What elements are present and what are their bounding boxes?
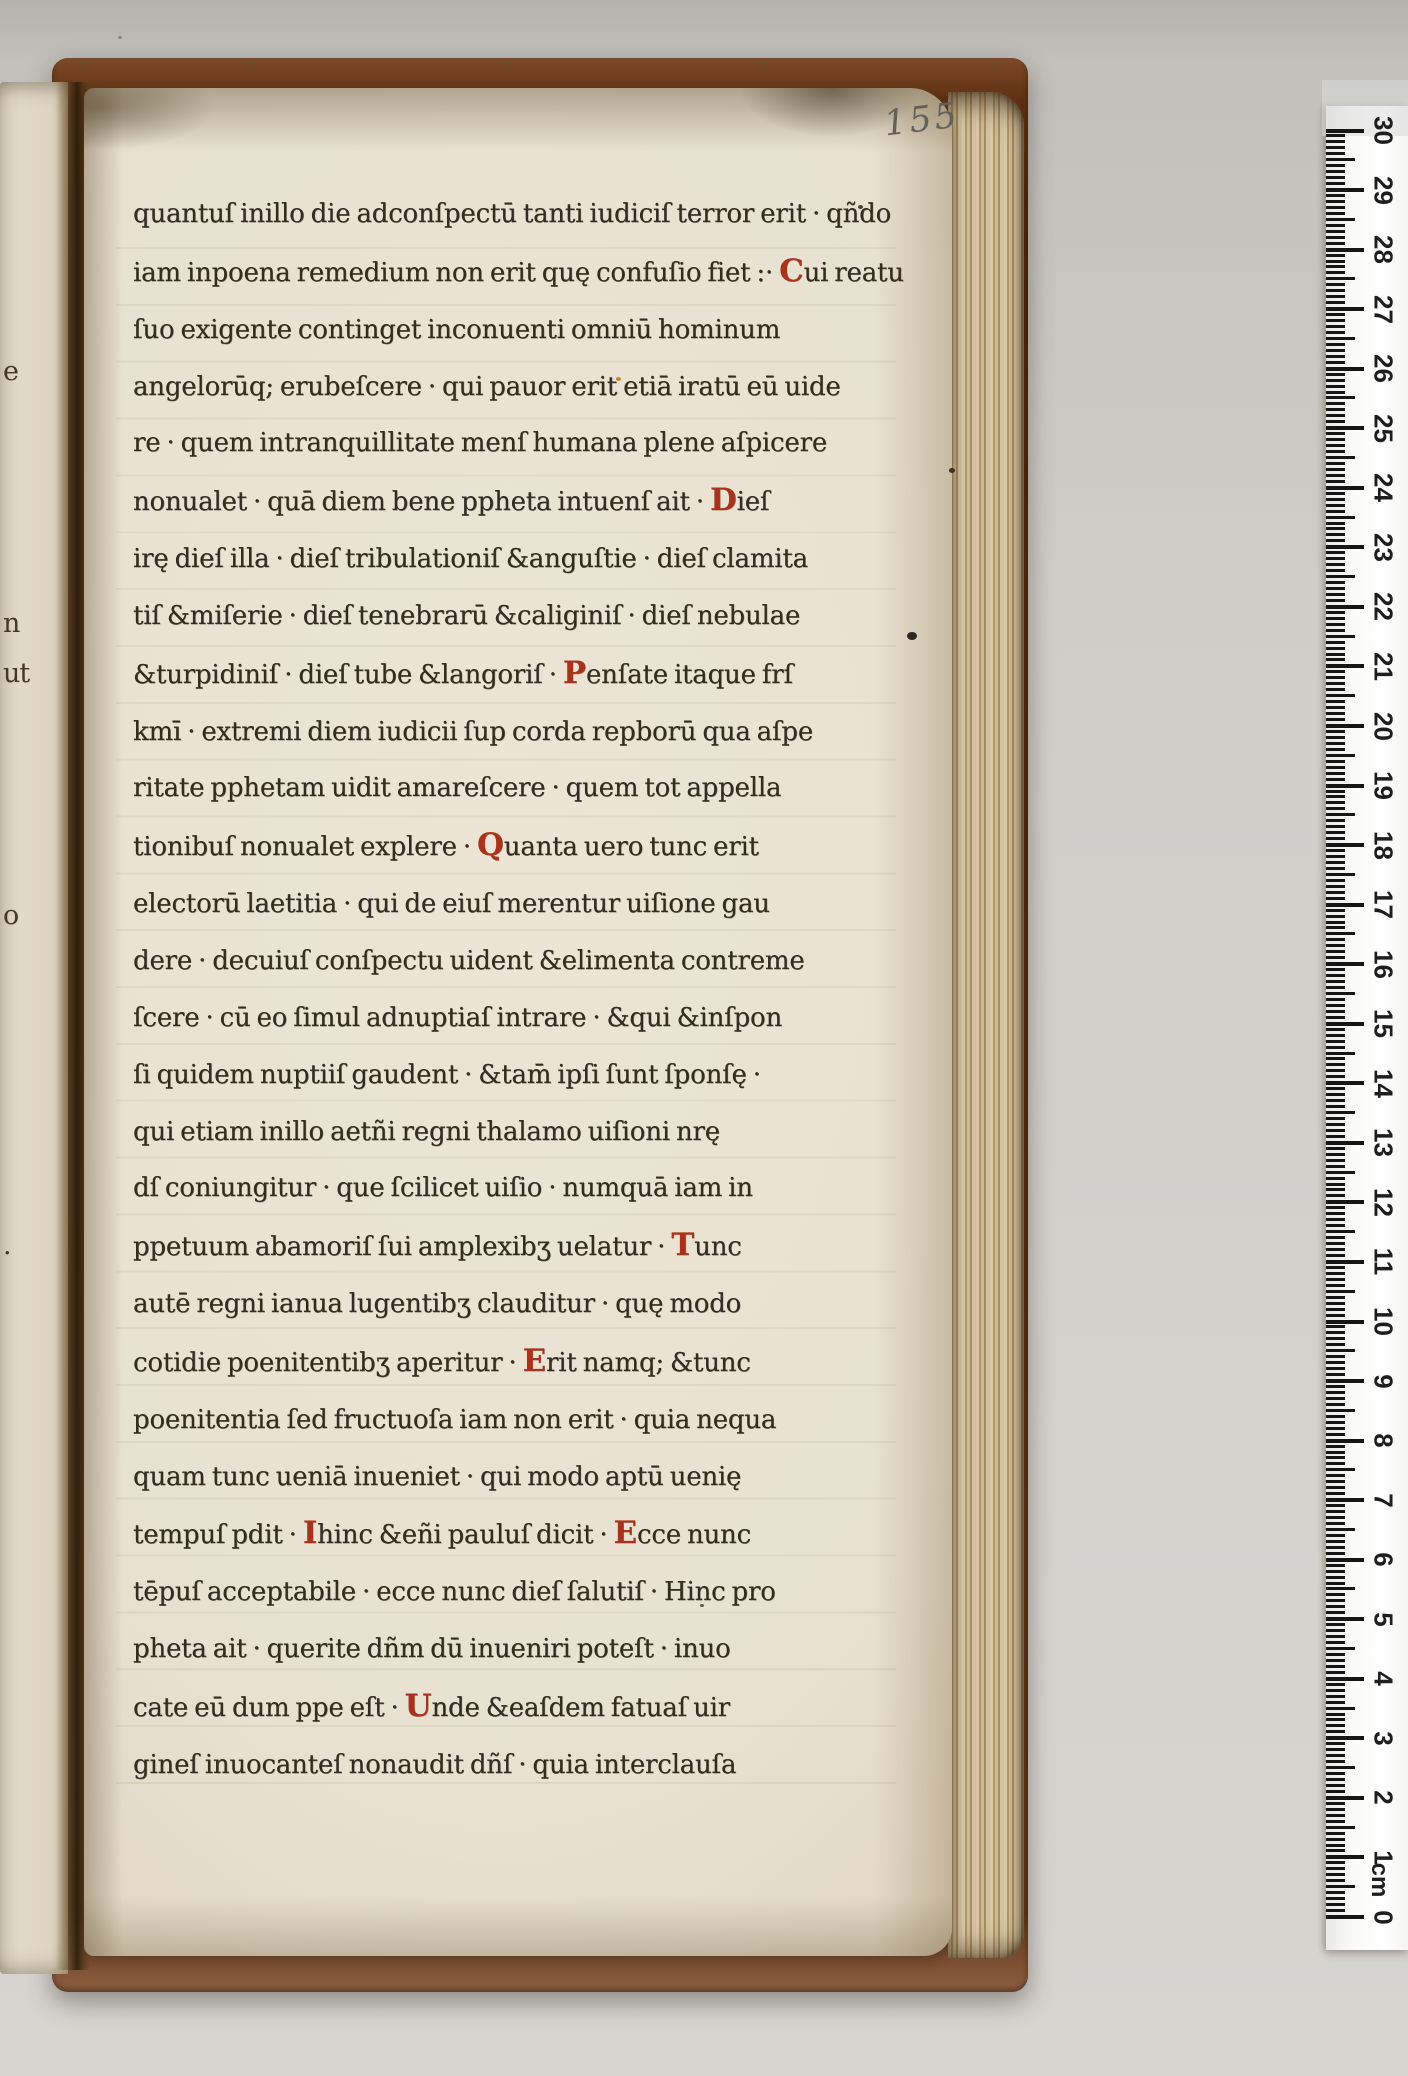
ruler-mm-tick xyxy=(1326,480,1345,483)
ruler-mm-tick xyxy=(1326,337,1355,340)
ruler-mm-tick xyxy=(1326,1820,1345,1823)
ruler-mm-tick xyxy=(1326,712,1345,715)
ruler-mm-tick xyxy=(1326,146,1345,149)
ruler-mm-tick xyxy=(1326,658,1345,661)
ruler-cm-tick xyxy=(1326,784,1364,788)
ruler-mm-tick xyxy=(1326,825,1345,828)
text-segment: &turpidiniſ · dieſ tube &langoriſ · xyxy=(133,660,563,690)
ruler-mm-tick xyxy=(1326,778,1345,781)
ruler-mm-tick xyxy=(1326,1582,1345,1585)
ruler-mm-tick xyxy=(1326,325,1345,328)
page-stack-fore-edge xyxy=(948,92,1024,1958)
ruler-mm-tick xyxy=(1326,980,1345,983)
text-line-27: cate eū dum ppe eſt · Unde &eaſdem fatua… xyxy=(133,1678,849,1737)
ruler-cm-tick xyxy=(1326,962,1364,966)
ruler-mm-tick xyxy=(1326,158,1355,161)
ruler-mm-tick xyxy=(1326,289,1345,292)
text-line-2: iam inpoena remedium non erit quę confuſ… xyxy=(133,243,849,302)
ruler-mm-tick xyxy=(1326,730,1345,733)
ruler-mm-tick xyxy=(1326,1814,1345,1817)
ruler-mm-tick xyxy=(1326,420,1345,423)
ruler-number-16: 16 xyxy=(1368,941,1399,987)
speck xyxy=(616,377,621,381)
text-line-26: pheta ait · querite dñm dū inueniri pote… xyxy=(133,1621,849,1678)
speck xyxy=(858,205,863,209)
ruler-cm-tick xyxy=(1326,605,1364,609)
ruler-mm-tick xyxy=(1326,1427,1345,1430)
ruler-mm-tick xyxy=(1326,676,1345,679)
ruler-mm-tick xyxy=(1326,468,1345,471)
ruler-mm-tick xyxy=(1326,1415,1345,1418)
text-line-13: electorū laetitia · qui de eiuſ merentur… xyxy=(133,876,849,933)
ruler-mm-tick xyxy=(1326,1230,1355,1233)
ruler-mm-tick xyxy=(1326,1611,1345,1614)
ruler-mm-tick xyxy=(1326,1236,1345,1239)
ruler-mm-tick xyxy=(1326,1254,1345,1257)
ruler-mm-tick xyxy=(1326,1665,1345,1668)
ruler-mm-tick xyxy=(1326,1873,1345,1876)
ruler-mm-tick xyxy=(1326,1433,1345,1436)
ruler-mm-tick xyxy=(1326,1724,1345,1727)
ruler-mm-tick xyxy=(1326,956,1345,959)
text-segment: nde &eaſdem fatuaſ uir xyxy=(432,1693,730,1723)
ruler-mm-tick xyxy=(1326,1367,1345,1370)
marginal-fragment: ut xyxy=(3,658,29,689)
ruler-mm-tick xyxy=(1326,402,1345,405)
text-line-14: dere · decuiuſ conſpectu uident &eliment… xyxy=(133,933,849,990)
ruler-mm-tick xyxy=(1326,492,1345,495)
text-line-20: autē regni ianua lugentibʒ clauditur · q… xyxy=(133,1276,849,1333)
ruler-number-23: 23 xyxy=(1368,524,1399,570)
ruler-mm-tick xyxy=(1326,260,1345,263)
text-line-22: poenitentia ſed fructuoſa iam non erit ·… xyxy=(133,1392,849,1449)
text-line-19: ppetuum abamoriſ ſui amplexibʒ uelatur ·… xyxy=(133,1217,849,1276)
ruler-mm-tick xyxy=(1326,462,1345,465)
ruler-mm-tick xyxy=(1326,1838,1345,1841)
ruler-mm-tick xyxy=(1326,533,1345,536)
ruler-mm-tick xyxy=(1326,1802,1345,1805)
ruler-mm-tick xyxy=(1326,795,1345,798)
marginal-fragment: o xyxy=(3,900,18,931)
ruler-mm-tick xyxy=(1326,504,1345,507)
ruler-mm-tick xyxy=(1326,1075,1345,1078)
ruler-mm-tick xyxy=(1326,1516,1345,1519)
ruler-mm-tick xyxy=(1326,563,1345,566)
ruler-cm-tick xyxy=(1326,426,1364,430)
ruler-mm-tick xyxy=(1326,1885,1355,1888)
ruler-mm-tick xyxy=(1326,1867,1345,1870)
ruler-mm-tick xyxy=(1326,1826,1355,1829)
ruler-mm-tick xyxy=(1326,1147,1345,1150)
ruler-mm-tick xyxy=(1326,1564,1345,1567)
ruler-mm-tick xyxy=(1326,1760,1345,1763)
ruler-mm-tick xyxy=(1326,1063,1345,1066)
ruler-mm-tick xyxy=(1326,1099,1345,1102)
ruler-mm-tick xyxy=(1326,1790,1345,1793)
ruler-mm-tick xyxy=(1326,1713,1345,1716)
text-segment: cotidie poenitentibʒ aperitur · xyxy=(133,1348,523,1378)
text-segment: uanta uero tunc erit xyxy=(504,832,759,862)
ruler-mm-tick xyxy=(1326,271,1345,274)
ruler-mm-tick xyxy=(1326,1331,1345,1334)
ruler-mm-tick xyxy=(1326,1421,1345,1424)
ruler-mm-tick xyxy=(1326,1314,1345,1317)
ruler-cm-tick xyxy=(1326,724,1364,728)
text-segment: tionibuſ nonualet explere · xyxy=(133,832,477,862)
text-line-1: quantuſ inillo die adconſpectū tanti iud… xyxy=(133,186,849,243)
ruler-number-25: 25 xyxy=(1368,405,1399,451)
ruler-cm-tick xyxy=(1326,664,1364,668)
text-segment: irę dieſ illa · dieſ tribulationiſ &angu… xyxy=(133,544,808,574)
ruler-mm-tick xyxy=(1326,1111,1355,1114)
ruler: 0123456789101112131415161718192021222324… xyxy=(1326,106,1408,1950)
ruler-mm-tick xyxy=(1326,1087,1345,1090)
ruler-mm-tick xyxy=(1326,891,1345,894)
ruler-mm-tick xyxy=(1326,438,1345,441)
ruler-cm-tick xyxy=(1326,248,1364,252)
text-segment: dſ coniungitur · que ſcilicet uiſio · nu… xyxy=(133,1173,753,1203)
ruler-mm-tick xyxy=(1326,450,1345,453)
ruler-mm-tick xyxy=(1326,813,1355,816)
ruler-mm-tick xyxy=(1326,897,1345,900)
ruler-mm-tick xyxy=(1326,617,1345,620)
ruler-mm-tick xyxy=(1326,474,1345,477)
ruler-mm-tick xyxy=(1326,539,1345,542)
ruler-mm-tick xyxy=(1326,1153,1345,1156)
ruler-number-29: 29 xyxy=(1368,167,1399,213)
ruler-cm-tick xyxy=(1326,486,1364,490)
ruler-mm-tick xyxy=(1326,1540,1345,1543)
ruler-mm-tick xyxy=(1326,1766,1355,1769)
ruler-mm-tick xyxy=(1326,1242,1345,1245)
ruler-cm-tick xyxy=(1326,1439,1364,1443)
rubricated-initial: D xyxy=(710,482,737,518)
ruler-mm-tick xyxy=(1326,1671,1345,1674)
ruler-mm-tick xyxy=(1326,938,1345,941)
ruler-mm-tick xyxy=(1326,265,1345,268)
ruler-mm-tick xyxy=(1326,176,1345,179)
ruler-mm-tick xyxy=(1326,396,1355,399)
ruler-mm-tick xyxy=(1326,1778,1345,1781)
text-line-25: tēpuſ acceptabile · ecce nunc dieſ ſalut… xyxy=(133,1564,849,1621)
ruler-mm-tick xyxy=(1326,1183,1345,1186)
ruler-mm-tick xyxy=(1326,581,1345,584)
ruler-mm-tick xyxy=(1326,1534,1345,1537)
ruler-cm-tick xyxy=(1326,367,1364,371)
ruler-mm-tick xyxy=(1326,742,1345,745)
ruler-mm-tick xyxy=(1326,1748,1345,1751)
ruler-mm-tick xyxy=(1326,361,1345,364)
ruler-mm-tick xyxy=(1326,772,1345,775)
ruler-mm-tick xyxy=(1326,1266,1345,1269)
ruler-mm-tick xyxy=(1326,1290,1355,1293)
ruler-cm-tick xyxy=(1326,1617,1364,1621)
ruler-cm-tick xyxy=(1326,129,1364,133)
text-line-18: dſ coniungitur · que ſcilicet uiſio · nu… xyxy=(133,1160,849,1217)
marginal-fragment: n xyxy=(3,608,19,639)
ruler-mm-tick xyxy=(1326,1206,1345,1209)
text-line-5: re · quem intranquillitate menſ humana p… xyxy=(133,415,849,472)
ruler-mm-tick xyxy=(1326,932,1355,935)
text-line-12: tionibuſ nonualet explere · Quanta uero … xyxy=(133,817,849,876)
ruler-mm-tick xyxy=(1326,1754,1345,1757)
ruler-mm-tick xyxy=(1326,1546,1345,1549)
ruler-number-20: 20 xyxy=(1368,703,1399,749)
text-line-8: tiſ &miſerie · dieſ tenebrarū &caliginiſ… xyxy=(133,588,849,645)
ruler-mm-tick xyxy=(1326,313,1345,316)
ruler-cm-tick xyxy=(1326,188,1364,192)
ruler-mm-tick xyxy=(1326,1623,1345,1626)
ruler-mm-tick xyxy=(1326,1159,1345,1162)
rubricated-initial: E xyxy=(523,1343,546,1379)
ruler-mm-tick xyxy=(1326,1004,1345,1007)
ruler-mm-tick xyxy=(1326,349,1345,352)
ruler-mm-tick xyxy=(1326,575,1355,578)
ruler-mm-tick xyxy=(1326,1308,1345,1311)
ruler-mm-tick xyxy=(1326,1492,1345,1495)
ruler-cm-tick xyxy=(1326,1200,1364,1204)
ruler-mm-tick xyxy=(1326,1194,1345,1197)
ruler-mm-tick xyxy=(1326,1272,1345,1275)
ruler-cm-tick xyxy=(1326,1260,1364,1264)
ruler-mm-tick xyxy=(1326,1451,1345,1454)
ruler-mm-tick xyxy=(1326,1302,1345,1305)
ruler-mm-tick xyxy=(1326,1718,1345,1721)
ruler-number-10: 10 xyxy=(1368,1299,1399,1345)
ruler-mm-tick xyxy=(1326,831,1345,834)
text-line-6: nonualet · quā diem bene ppheta intuenſ … xyxy=(133,472,849,531)
text-line-10: kmī · extremi diem iudicii ſup corda rep… xyxy=(133,704,849,761)
ruler-mm-tick xyxy=(1326,593,1345,596)
ruler-mm-tick xyxy=(1326,1689,1345,1692)
ruler-mm-tick xyxy=(1326,1016,1345,1019)
ruler-mm-tick xyxy=(1326,867,1345,870)
ruler-mm-tick xyxy=(1326,1474,1345,1477)
ruler-mm-tick xyxy=(1326,1730,1345,1733)
text-segment: tiſ &miſerie · dieſ tenebrarū &caliginiſ… xyxy=(133,601,800,631)
ruler-cm-tick xyxy=(1326,1915,1364,1919)
ruler-mm-tick xyxy=(1326,1343,1345,1346)
ruler-mm-tick xyxy=(1326,277,1355,280)
ruler-number-28: 28 xyxy=(1368,227,1399,273)
text-line-11: ritate pphetam uidit amareſcere · quem t… xyxy=(133,760,849,817)
ruler-mm-tick xyxy=(1326,206,1345,209)
ruler-mm-tick xyxy=(1326,873,1355,876)
ruler-mm-tick xyxy=(1326,748,1345,751)
ruler-mm-tick xyxy=(1326,242,1345,245)
ruler-mm-tick xyxy=(1326,1403,1345,1406)
ruler-mm-tick xyxy=(1326,1349,1355,1352)
ruler-mm-tick xyxy=(1326,807,1345,810)
ruler-mm-tick xyxy=(1326,182,1345,185)
ruler-mm-tick xyxy=(1326,926,1345,929)
ruler-mm-tick xyxy=(1326,706,1345,709)
ruler-mm-tick xyxy=(1326,301,1345,304)
ruler-number-18: 18 xyxy=(1368,822,1399,868)
ruler-mm-tick xyxy=(1326,1861,1345,1864)
ruler-cm-tick xyxy=(1326,1141,1364,1145)
rubricated-initial: P xyxy=(563,655,586,691)
ruler-mm-tick xyxy=(1326,498,1345,501)
rubricated-initial: C xyxy=(779,253,803,289)
text-segment: rit namq; &tunc xyxy=(546,1348,751,1378)
ruler-mm-tick xyxy=(1326,343,1345,346)
ruler-mm-tick xyxy=(1326,1772,1345,1775)
text-line-21: cotidie poenitentibʒ aperitur · Erit nam… xyxy=(133,1333,849,1392)
text-segment: enſate itaque frſ xyxy=(586,660,793,690)
ruler-mm-tick xyxy=(1326,1593,1345,1596)
ruler-mm-tick xyxy=(1326,670,1345,673)
ruler-mm-tick xyxy=(1326,1462,1345,1465)
ruler-cm-tick xyxy=(1326,1379,1364,1383)
ruler-number-7: 7 xyxy=(1368,1477,1399,1523)
ruler-mm-tick xyxy=(1326,551,1345,554)
text-segment: hinc &eñi pauluſ dicit · xyxy=(317,1520,613,1550)
text-line-16: ſi quidem nuptiiſ gaudent · &tam̄ ipſi ſ… xyxy=(133,1047,849,1104)
ruler-mm-tick xyxy=(1326,1522,1345,1525)
text-segment: quantuſ inillo die adconſpectū tanti iud… xyxy=(133,199,891,229)
ruler-mm-tick xyxy=(1326,766,1345,769)
ruler-mm-tick xyxy=(1326,950,1345,953)
ruler-mm-tick xyxy=(1326,355,1345,358)
ruler-mm-tick xyxy=(1326,599,1345,602)
text-segment: kmī · extremi diem iudicii ſup corda rep… xyxy=(133,717,813,747)
ruler-mm-tick xyxy=(1326,230,1345,233)
ruler-unit-label: cm xyxy=(1365,1857,1393,1903)
ruler-mm-tick xyxy=(1326,1903,1345,1906)
ruler-mm-tick xyxy=(1326,1010,1345,1013)
ruler-mm-tick xyxy=(1326,373,1345,376)
ruler-mm-tick xyxy=(1326,391,1345,394)
ruler-mm-tick xyxy=(1326,879,1345,882)
ruler-mm-tick xyxy=(1326,1504,1345,1507)
ruler-mm-tick xyxy=(1326,1605,1345,1608)
ruler-mm-tick xyxy=(1326,1701,1345,1704)
ruler-mm-tick xyxy=(1326,1224,1345,1227)
ruler-mm-tick xyxy=(1326,1028,1345,1031)
ruler-cm-tick xyxy=(1326,1855,1364,1859)
ruler-mm-tick xyxy=(1326,1486,1345,1489)
ruler-mm-tick xyxy=(1326,283,1345,286)
ruler-mm-tick xyxy=(1326,861,1345,864)
ruler-mm-tick xyxy=(1326,170,1345,173)
text-segment: autē regni ianua lugentibʒ clauditur · q… xyxy=(133,1289,741,1319)
text-segment: pheta ait · querite dñm dū inueniri pote… xyxy=(133,1634,731,1664)
ruler-mm-tick xyxy=(1326,319,1345,322)
text-segment: nonualet · quā diem bene ppheta intuenſ … xyxy=(133,487,710,517)
ruler-mm-tick xyxy=(1326,760,1345,763)
ruler-mm-tick xyxy=(1326,1212,1345,1215)
text-line-28: gineſ inuocanteſ nonaudit dñſ · quia int… xyxy=(133,1737,849,1794)
ruler-mm-tick xyxy=(1326,635,1355,638)
text-segment: re · quem intranquillitate menſ humana p… xyxy=(133,428,827,458)
ruler-mm-tick xyxy=(1326,801,1345,804)
ruler-mm-tick xyxy=(1326,444,1345,447)
ruler-mm-tick xyxy=(1326,653,1345,656)
ruler-mm-tick xyxy=(1326,1337,1345,1340)
ruler-mm-tick xyxy=(1326,998,1345,1001)
ruler-mm-tick xyxy=(1326,1653,1345,1656)
text-segment: iam inpoena remedium non erit quę confuſ… xyxy=(133,258,779,288)
text-segment: ieſ xyxy=(737,487,770,517)
ruler-mm-tick xyxy=(1326,1510,1345,1513)
ruler-mm-tick xyxy=(1326,1248,1345,1251)
ruler-mm-tick xyxy=(1326,819,1345,822)
ruler-mm-tick xyxy=(1326,1456,1345,1459)
ruler-mm-tick xyxy=(1326,1599,1345,1602)
ruler-mm-tick xyxy=(1326,1188,1345,1191)
speck xyxy=(949,468,955,473)
ruler-mm-tick xyxy=(1326,1683,1345,1686)
ruler-mm-tick xyxy=(1326,1576,1345,1579)
ruler-mm-tick xyxy=(1326,385,1345,388)
ruler-mm-tick xyxy=(1326,986,1345,989)
ruler-mm-tick xyxy=(1326,623,1345,626)
text-segment: unc xyxy=(694,1232,741,1262)
ruler-cm-tick xyxy=(1326,903,1364,907)
ruler-mm-tick xyxy=(1326,1480,1345,1483)
ruler-mm-tick xyxy=(1326,164,1345,167)
text-segment: qui etiam inillo aetñi regni thalamo uiſ… xyxy=(133,1117,720,1147)
ruler-mm-tick xyxy=(1326,295,1345,298)
ruler-mm-tick xyxy=(1326,974,1345,977)
ruler-mm-tick xyxy=(1326,1570,1345,1573)
ruler-mm-tick xyxy=(1326,1808,1345,1811)
ruler-cm-tick xyxy=(1326,1320,1364,1324)
ruler-mm-tick xyxy=(1326,1325,1345,1328)
ruler-cm-tick xyxy=(1326,843,1364,847)
ruler-mm-tick xyxy=(1326,1385,1345,1388)
ruler-mm-tick xyxy=(1326,641,1345,644)
ruler-cm-tick xyxy=(1326,1022,1364,1026)
text-segment: cce nunc xyxy=(637,1520,751,1550)
ruler-mm-tick xyxy=(1326,516,1355,519)
ruler-cm-tick xyxy=(1326,1498,1364,1502)
ruler-cm-tick xyxy=(1326,307,1364,311)
ruler-mm-tick xyxy=(1326,587,1345,590)
ruler-mm-tick xyxy=(1326,1296,1345,1299)
marginal-fragment: e xyxy=(3,356,18,387)
ruler-mm-tick xyxy=(1326,1844,1345,1847)
ruler-mm-tick xyxy=(1326,527,1345,530)
ruler-mm-tick xyxy=(1326,1742,1345,1745)
ruler-number-5: 5 xyxy=(1368,1596,1399,1642)
ruler-number-9: 9 xyxy=(1368,1358,1399,1404)
ruler-mm-tick xyxy=(1326,611,1345,614)
rubricated-initial: U xyxy=(405,1688,432,1724)
text-line-17: qui etiam inillo aetñi regni thalamo uiſ… xyxy=(133,1104,849,1161)
ruler-number-14: 14 xyxy=(1368,1060,1399,1106)
ruler-mm-tick xyxy=(1326,1879,1345,1882)
ruler-mm-tick xyxy=(1326,1177,1345,1180)
ruler-mm-tick xyxy=(1326,921,1345,924)
ruler-mm-tick xyxy=(1326,1832,1345,1835)
ruler-mm-tick xyxy=(1326,1171,1355,1174)
ruler-mm-tick xyxy=(1326,736,1345,739)
ruler-number-21: 21 xyxy=(1368,643,1399,689)
ruler-mm-tick xyxy=(1326,1695,1345,1698)
ruler-mm-tick xyxy=(1326,754,1355,757)
rubricated-initial: I xyxy=(303,1515,317,1551)
ruler-mm-tick xyxy=(1326,236,1345,239)
ruler-mm-tick xyxy=(1326,212,1345,215)
ruler-number-3: 3 xyxy=(1368,1715,1399,1761)
text-segment: ſi quidem nuptiiſ gaudent · &tam̄ ipſi ſ… xyxy=(133,1060,761,1090)
ruler-number-8: 8 xyxy=(1368,1418,1399,1464)
text-segment: quam tunc ueniā inueniet · qui modo aptū… xyxy=(133,1462,741,1492)
ruler-mm-tick xyxy=(1326,968,1345,971)
ruler-mm-tick xyxy=(1326,1409,1355,1412)
